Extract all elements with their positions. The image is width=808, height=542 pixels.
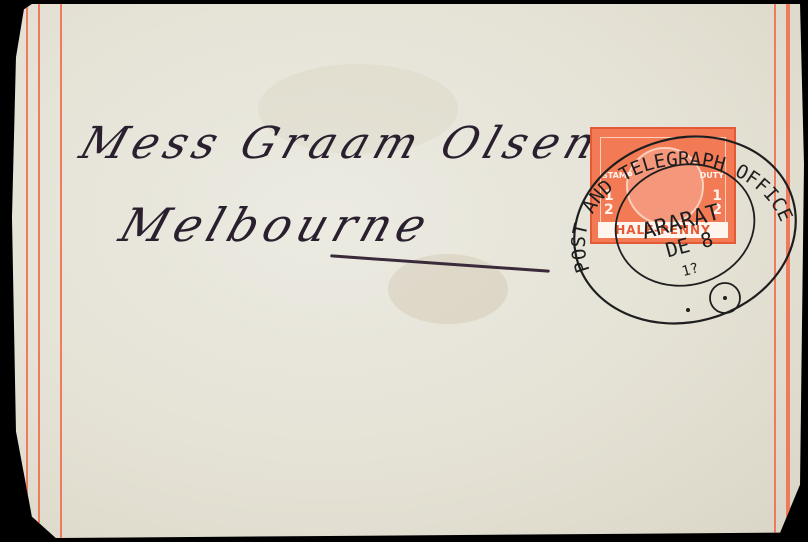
address-line-2: Melbourne bbox=[113, 198, 439, 252]
address-line-1: Mess Graam Olsen bbox=[74, 118, 608, 169]
left-border-line bbox=[26, 4, 28, 538]
left-border-line bbox=[60, 4, 62, 538]
postmark-year: 1? bbox=[680, 260, 700, 280]
postmark-cancellation: POST AND TELEGRAPH OFFICE ARARAT DE 8 1? bbox=[560, 120, 800, 335]
left-border-line bbox=[38, 4, 40, 538]
